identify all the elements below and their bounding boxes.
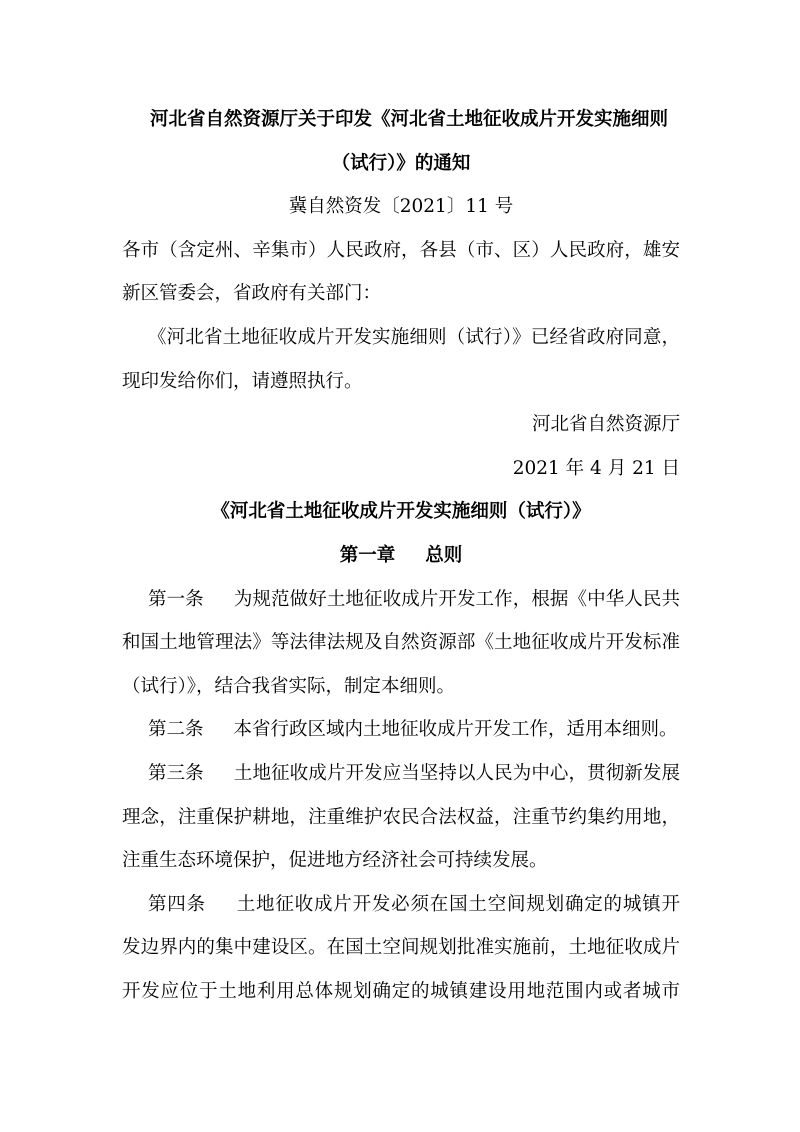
document-title-line-1: 河北省自然资源厅关于印发《河北省土地征收成片开发实施细则 bbox=[122, 98, 680, 142]
issue-date: 2021 年 4 月 21 日 bbox=[122, 447, 680, 491]
article-3-line-3: 注重生态环境保护，促进地方经济社会可持续发展。 bbox=[122, 839, 680, 883]
article-4-line-3: 开发应位于土地利用总体规划确定的城镇建设用地范围内或者城市 bbox=[122, 970, 680, 1014]
notice-body-line-1: 《河北省土地征收成片开发实施细则（试行）》已经省政府同意， bbox=[122, 316, 680, 360]
article-label: 第二条 bbox=[148, 719, 204, 740]
addressee-line-1: 各市（含定州、辛集市）人民政府，各县（市、区）人民政府，雄安 bbox=[122, 229, 680, 273]
article-label: 第三条 bbox=[148, 763, 204, 784]
article-label: 第一条 bbox=[148, 589, 204, 610]
chapter-number: 第一章 bbox=[340, 545, 396, 566]
article-3-line-2: 理念，注重保护耕地，注重维护农民合法权益，注重节约集约用地， bbox=[122, 796, 680, 840]
article-label: 第四条 bbox=[148, 894, 206, 915]
chapter-name: 总则 bbox=[425, 545, 462, 566]
article-1-line-2: 和国土地管理法》等法律法规及自然资源部《土地征收成片开发标准 bbox=[122, 621, 680, 665]
article-text: 土地征收成片开发必须在国土空间规划确定的城镇开 bbox=[236, 894, 680, 915]
document-number: 冀自然资发〔2021〕11 号 bbox=[122, 185, 680, 229]
notice-body-line-2: 现印发给你们，请遵照执行。 bbox=[122, 360, 680, 404]
article-text: 土地征收成片开发应当坚持以人民为中心，贯彻新发展 bbox=[234, 763, 680, 784]
signature: 河北省自然资源厅 bbox=[122, 403, 680, 447]
document-title-line-2: （试行）》的通知 bbox=[122, 142, 680, 186]
attachment-title: 《河北省土地征收成片开发实施细则（试行）》 bbox=[122, 490, 680, 534]
article-text: 为规范做好土地征收成片开发工作，根据《中华人民共 bbox=[234, 589, 680, 610]
addressee-line-2: 新区管委会，省政府有关部门： bbox=[122, 272, 680, 316]
document-page: 河北省自然资源厅关于印发《河北省土地征收成片开发实施细则 （试行）》的通知 冀自… bbox=[122, 98, 680, 1013]
chapter-heading: 第一章总则 bbox=[122, 534, 680, 578]
article-1-line-1: 第一条为规范做好土地征收成片开发工作，根据《中华人民共 bbox=[122, 578, 680, 622]
article-4-line-1: 第四条土地征收成片开发必须在国土空间规划确定的城镇开 bbox=[122, 883, 680, 927]
article-1-line-3: （试行）》，结合我省实际，制定本细则。 bbox=[122, 665, 680, 709]
article-3-line-1: 第三条土地征收成片开发应当坚持以人民为中心，贯彻新发展 bbox=[122, 752, 680, 796]
article-text: 本省行政区域内土地征收成片开发工作，适用本细则。 bbox=[234, 719, 678, 740]
article-2-line-1: 第二条本省行政区域内土地征收成片开发工作，适用本细则。 bbox=[122, 708, 680, 752]
article-4-line-2: 发边界内的集中建设区。在国土空间规划批准实施前，土地征收成片 bbox=[122, 926, 680, 970]
